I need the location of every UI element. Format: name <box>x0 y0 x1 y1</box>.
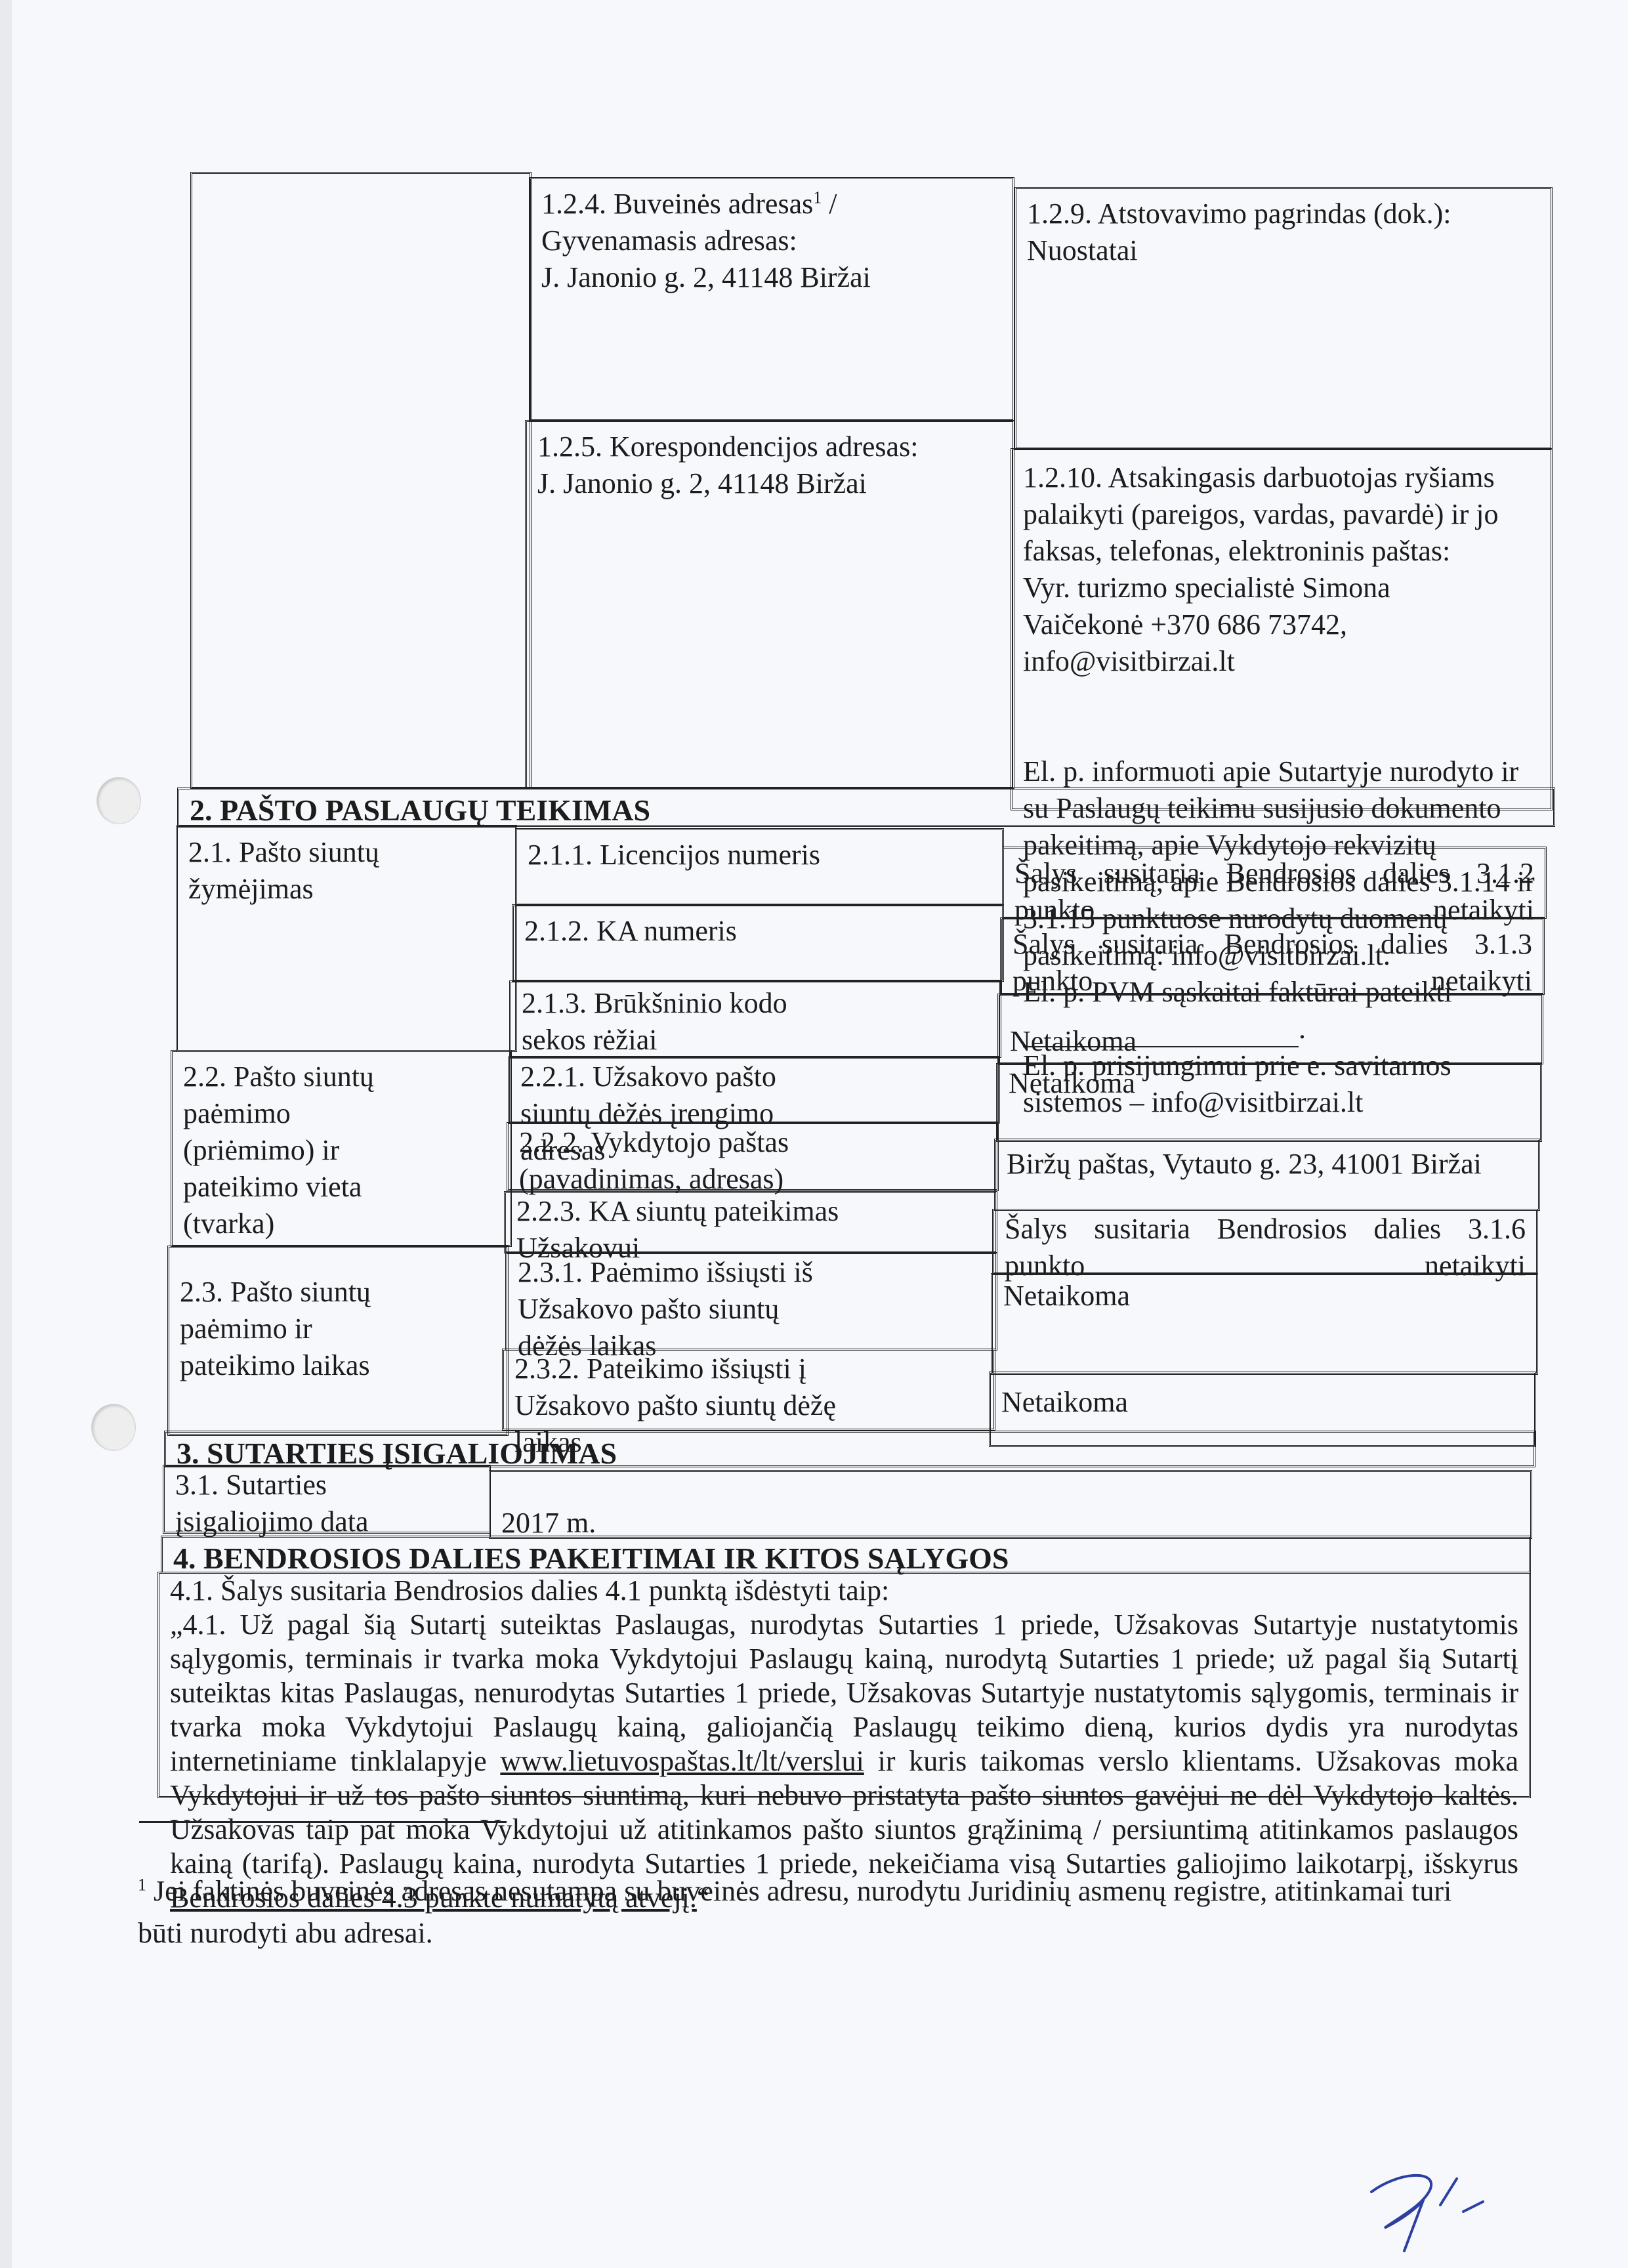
row-2-3-2-item: 2.3.2. Pateikimo išsiųsti į Užsakovo paš… <box>502 1349 995 1431</box>
value-2-1-2: Šalys susitaria Bendrosios dalies 3.1.3 … <box>1012 926 1532 999</box>
row-2-1-1-item: 2.1.1. Licencijos numeris <box>515 828 1004 906</box>
value-1-2-5: J. Janonio g. 2, 41148 Biržai <box>537 465 1002 502</box>
row-2-1-3-value: Netaikoma <box>997 994 1543 1064</box>
row-2-3-1-value: Netaikoma <box>991 1273 1538 1375</box>
label-1-2-4-residence: Gyvenamasis adresas: <box>541 222 1002 259</box>
section1-left-empty-cell <box>190 172 532 789</box>
group-2-1-label: 2.1. Pašto siuntų žymėjimas <box>188 834 385 908</box>
cell-4-1-body: 4.1. Šalys susitaria Bendrosios dalies 4… <box>157 1572 1531 1798</box>
footnote-text: Jei faktinės buveinės adresas nesutampa … <box>138 1875 1451 1949</box>
cell-1-2-4-registered-address: 1.2.4. Buveinės adresas1 / Gyvenamasis a… <box>529 177 1014 421</box>
row-2-1-3-item: 2.1.3. Brūkšninio kodo sekos rėžiai <box>509 980 1001 1058</box>
label-1-2-9: 1.2.9. Atstovavimo pagrindas (dok.): <box>1027 196 1540 232</box>
signature-icon <box>1358 2166 1490 2257</box>
item-2-1-1: 2.1.1. Licencijos numeris <box>528 837 991 873</box>
contact-email: info@visitbirzai.lt <box>1023 643 1540 680</box>
punch-hole-bottom <box>92 1404 135 1450</box>
value-1-2-9: Nuostatai <box>1027 232 1540 269</box>
row-2-1-2-item: 2.1.2. KA numeris <box>512 904 1004 982</box>
lietuvos-pastas-link[interactable]: www.lietuvospaštas.lt/lt/verslui <box>500 1745 864 1777</box>
section-4-heading: 4. BENDROSIOS DALIES PAKEITIMAI IR KITOS… <box>161 1536 1531 1574</box>
group-2-3-label-cell: 2.3. Pašto siuntų paėmimo ir pateikimo l… <box>167 1246 509 1436</box>
cell-3-1-label: 3.1. Sutarties įsigaliojimo data <box>163 1465 491 1534</box>
footnote-separator <box>139 1821 507 1823</box>
contact-line-2: Vaičekonė +370 686 73742, <box>1023 606 1540 643</box>
value-2-2-2: Biržų paštas, Vytauto g. 23, 41001 Birža… <box>1007 1146 1528 1183</box>
footnote-1: 1 Jei faktinės buveinės adresas nesutamp… <box>138 1870 1490 1954</box>
group-2-3-label: 2.3. Pašto siuntų paėmimo ir pateikimo l… <box>180 1274 377 1384</box>
row-2-3-1-item: 2.3.1. Paėmimo išsiųsti iš Užsakovo pašt… <box>505 1252 997 1351</box>
intro-4-1: 4.1. Šalys susitaria Bendrosios dalies 4… <box>170 1574 1518 1608</box>
item-2-1-3: 2.1.3. Brūkšninio kodo sekos rėžiai <box>522 985 810 1059</box>
clause-4-1-text: „4.1. Už pagal šią Sutartį suteiktas Pas… <box>170 1608 1518 1915</box>
row-2-2-2-value: Biržų paštas, Vytauto g. 23, 41001 Birža… <box>994 1139 1540 1211</box>
value-1-2-4: J. Janonio g. 2, 41148 Biržai <box>541 259 1002 296</box>
row-2-2-3-value: Šalys susitaria Bendrosios dalies 3.1.6 … <box>992 1209 1538 1274</box>
value-2-2-1: Netaikoma <box>1009 1065 1530 1102</box>
value-2-1-3: Netaikoma <box>1010 1023 1531 1060</box>
group-2-2-label-cell: 2.2. Pašto siuntų paėmimo (priėmimo) ir … <box>171 1050 512 1247</box>
row-2-2-3-item: 2.2.3. KA siuntų pateikimas Užsakovui <box>504 1191 997 1253</box>
cell-1-2-10-contact-person: 1.2.10. Atsakingasis darbuotojas ryšiams… <box>1011 448 1553 810</box>
label-3-1: 3.1. Sutarties įsigaliojimo data <box>175 1467 385 1540</box>
punch-hole-top <box>97 778 140 824</box>
footnote-marker: 1 <box>138 1875 146 1894</box>
row-2-1-1-value: Šalys susitaria Bendrosios dalies 3.1.2 … <box>1002 847 1547 919</box>
group-2-1-label-cell: 2.1. Pašto siuntų žymėjimas <box>176 826 517 1052</box>
item-2-2-2: 2.2.2. Vykdytojo paštas (pavadinimas, ad… <box>519 1124 834 1198</box>
cell-1-2-5-correspondence-address: 1.2.5. Korespondencijos adresas: J. Jano… <box>525 420 1014 789</box>
label-1-2-4: 1.2.4. Buveinės adresas1 / <box>541 186 1002 222</box>
scan-page-edge <box>0 0 12 2268</box>
cell-3-1-value: 2017 m. <box>489 1470 1532 1539</box>
label-1-2-5: 1.2.5. Korespondencijos adresas: <box>537 429 1002 465</box>
group-2-2-label: 2.2. Pašto siuntų paėmimo (priėmimo) ir … <box>183 1059 400 1242</box>
section-3-heading: 3. SUTARTIES ĮSIGALIOJIMAS <box>164 1431 1535 1467</box>
section-2-heading: 2. PAŠTO PASLAUGŲ TEIKIMAS <box>177 787 1555 827</box>
item-2-3-1: 2.3.1. Paėmimo išsiųsti iš Užsakovo pašt… <box>518 1254 846 1364</box>
row-2-2-1-value: Netaikoma <box>996 1063 1542 1142</box>
contact-line-1: Vyr. turizmo specialistė Simona <box>1023 570 1540 606</box>
footnote-ref: 1 <box>813 188 822 207</box>
item-2-1-2: 2.1.2. KA numeris <box>524 913 991 950</box>
row-2-2-1-item: 2.2.1. Užsakovo pašto siuntų dėžės įreng… <box>508 1057 1000 1123</box>
value-2-3-2: Netaikoma <box>1001 1384 1524 1421</box>
row-2-2-2-item: 2.2.2. Vykdytojo paštas (pavadinimas, ad… <box>507 1122 999 1191</box>
cell-1-2-9-representation-basis: 1.2.9. Atstovavimo pagrindas (dok.): Nuo… <box>1014 187 1553 450</box>
value-2-3-1: Netaikoma <box>1003 1278 1526 1314</box>
row-2-1-2-value: Šalys susitaria Bendrosios dalies 3.1.3 … <box>1000 917 1545 995</box>
label-1-2-10: 1.2.10. Atsakingasis darbuotojas ryšiams… <box>1023 459 1540 570</box>
